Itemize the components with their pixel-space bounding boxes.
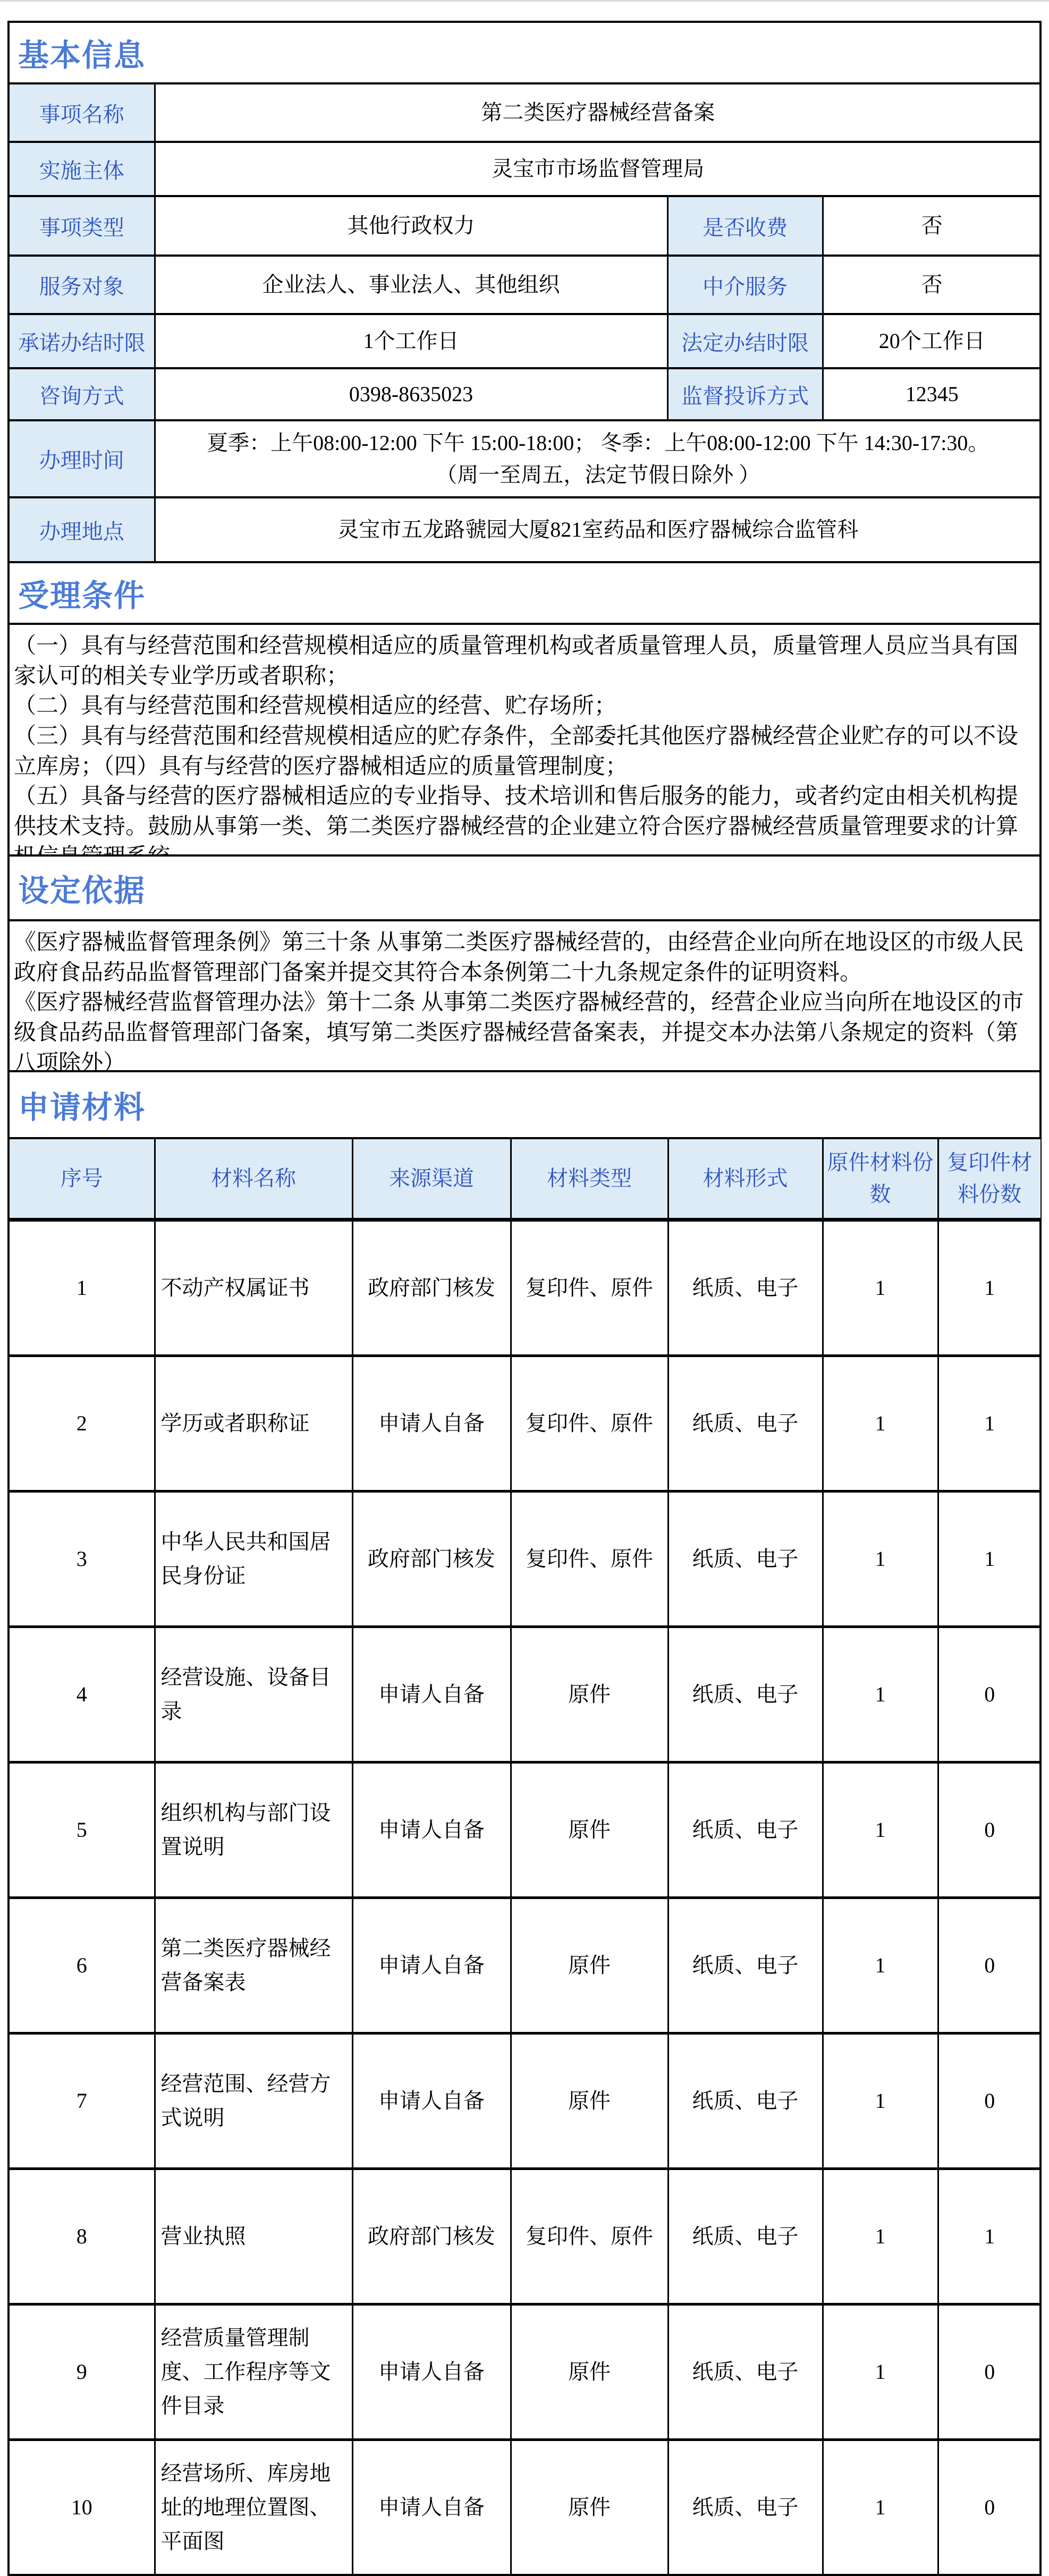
section-title-text: 受理条件 — [18, 571, 146, 615]
material-name: 经营质量管理制度、工作程序等文件目录 — [155, 2304, 352, 2440]
field-label: 中介服务 — [667, 256, 823, 314]
row-implementer: 实施主体 灵宝市市场监督管理局 — [10, 142, 1040, 196]
material-source: 政府部门核发 — [352, 2169, 511, 2304]
material-row-5: 5 组织机构与部门设置说明 申请人自备 原件 纸质、电子 1 0 — [10, 1762, 1040, 1898]
row-office-hours: 办理时间 夏季：上午08:00-12:00 下午 15:00-18:00； 冬季… — [10, 420, 1040, 497]
field-label: 事项类型 — [10, 196, 155, 256]
material-name: 经营设施、设备目录 — [155, 1627, 352, 1762]
material-seq: 7 — [10, 2033, 155, 2169]
material-form: 纸质、电子 — [668, 1627, 823, 1762]
field-value: 夏季：上午08:00-12:00 下午 15:00-18:00； 冬季：上午08… — [155, 420, 1040, 497]
field-value: 20个工作日 — [823, 314, 1040, 368]
material-copy-count: 0 — [938, 1898, 1040, 2033]
material-copy-count: 1 — [938, 1220, 1040, 1356]
material-original-count: 1 — [823, 1220, 938, 1356]
field-label: 咨询方式 — [10, 368, 155, 420]
material-copy-count: 0 — [938, 2304, 1040, 2440]
section-title-text: 申请材料 — [18, 1082, 146, 1127]
material-source: 申请人自备 — [352, 2033, 511, 2169]
material-form: 纸质、电子 — [668, 1356, 823, 1492]
material-name: 不动产权属证书 — [155, 1220, 352, 1356]
material-row-2: 2 学历或者职称证 申请人自备 复印件、原件 纸质、电子 1 1 — [10, 1356, 1040, 1492]
material-name: 经营场所、库房地址的地理位置图、平面图 — [155, 2440, 352, 2574]
material-seq: 9 — [10, 2304, 155, 2440]
row-consult-phone: 咨询方式 0398-8635023 监督投诉方式 12345 — [10, 368, 1040, 420]
col-header-copy-count: 复印件材料份数 — [938, 1139, 1040, 1220]
material-source: 政府部门核发 — [352, 1492, 511, 1627]
material-source: 申请人自备 — [352, 2440, 511, 2574]
row-item-type: 事项类型 其他行政权力 是否收费 否 — [10, 196, 1040, 256]
acceptance-conditions-text: （一）具有与经营范围和经营规模相适应的质量管理机构或者质量管理人员，质量管理人员… — [10, 625, 1039, 857]
material-form: 纸质、电子 — [668, 1898, 823, 2033]
material-seq: 3 — [10, 1492, 155, 1627]
material-source: 政府部门核发 — [352, 1220, 511, 1356]
field-value: 否 — [823, 196, 1040, 256]
material-original-count: 1 — [823, 1762, 938, 1898]
field-label: 事项名称 — [10, 84, 155, 142]
material-copy-count: 0 — [938, 1627, 1040, 1762]
material-copy-count: 1 — [938, 1356, 1040, 1492]
field-label: 法定办结时限 — [667, 314, 823, 368]
acceptance-paragraph-2: （二）具有与经营范围和经营规模相适应的经营、贮存场所； — [14, 691, 1034, 722]
material-type: 复印件、原件 — [511, 1492, 668, 1627]
field-value: 第二类医疗器械经营备案 — [155, 84, 1040, 142]
material-row-9: 9 经营质量管理制度、工作程序等文件目录 申请人自备 原件 纸质、电子 1 0 — [10, 2304, 1040, 2440]
material-copy-count: 0 — [938, 2440, 1040, 2574]
field-value: 1个工作日 — [155, 314, 667, 368]
materials-table: 序号 材料名称 来源渠道 材料类型 材料形式 原件材料份数 复印件材料份数 1 … — [10, 1139, 1040, 2574]
field-label: 办理地点 — [10, 497, 155, 562]
col-header-source: 来源渠道 — [352, 1139, 511, 1220]
material-name: 学历或者职称证 — [155, 1356, 352, 1492]
material-row-8: 8 营业执照 政府部门核发 复印件、原件 纸质、电子 1 1 — [10, 2169, 1040, 2304]
material-row-4: 4 经营设施、设备目录 申请人自备 原件 纸质、电子 1 0 — [10, 1627, 1040, 1762]
material-row-1: 1 不动产权属证书 政府部门核发 复印件、原件 纸质、电子 1 1 — [10, 1220, 1040, 1356]
field-label: 监督投诉方式 — [667, 368, 823, 420]
material-form: 纸质、电子 — [668, 2033, 823, 2169]
material-copy-count: 0 — [938, 1762, 1040, 1898]
material-source: 申请人自备 — [352, 1762, 511, 1898]
material-type: 复印件、原件 — [511, 1220, 668, 1356]
field-value: 否 — [823, 256, 1040, 314]
material-form: 纸质、电子 — [668, 2304, 823, 2440]
section-title-basic-info: 基本信息 — [10, 23, 1039, 84]
section-title-basis: 设定依据 — [10, 857, 1039, 921]
material-original-count: 1 — [823, 1627, 938, 1762]
material-seq: 1 — [10, 1220, 155, 1356]
material-row-3: 3 中华人民共和国居民身份证 政府部门核发 复印件、原件 纸质、电子 1 1 — [10, 1492, 1040, 1627]
field-label: 服务对象 — [10, 256, 155, 314]
field-value: 灵宝市五龙路虢园大厦821室药品和医疗器械综合监管科 — [155, 497, 1040, 562]
field-label: 是否收费 — [667, 196, 823, 256]
basic-info-table: 事项名称 第二类医疗器械经营备案 实施主体 灵宝市市场监督管理局 事项类型 其他… — [10, 84, 1040, 563]
field-value: 灵宝市市场监督管理局 — [155, 142, 1040, 196]
field-label: 承诺办结时限 — [10, 314, 155, 368]
service-info-sheet: 基本信息 事项名称 第二类医疗器械经营备案 实施主体 灵宝市市场监督管理局 事项… — [7, 21, 1042, 2576]
acceptance-paragraph-4: （五）具备与经营的医疗器械相适应的专业指导、技术培训和售后服务的能力，或者约定由… — [14, 782, 1034, 857]
material-name: 第二类医疗器械经营备案表 — [155, 1898, 352, 2033]
col-header-name: 材料名称 — [155, 1139, 352, 1220]
section-title-text: 基本信息 — [18, 30, 146, 75]
material-name: 营业执照 — [155, 2169, 352, 2304]
basis-paragraph-1: 《医疗器械监督管理条例》第三十条 从事第二类医疗器械经营的，由经营企业向所在地设… — [14, 928, 1034, 988]
material-form: 纸质、电子 — [668, 1220, 823, 1356]
material-type: 原件 — [511, 1627, 668, 1762]
material-source: 申请人自备 — [352, 1898, 511, 2033]
row-promised-time: 承诺办结时限 1个工作日 法定办结时限 20个工作日 — [10, 314, 1040, 368]
office-hours-line1: 夏季：上午08:00-12:00 下午 15:00-18:00； 冬季：上午08… — [156, 427, 1041, 459]
material-type: 原件 — [511, 2304, 668, 2440]
col-header-original-count: 原件材料份数 — [823, 1139, 938, 1220]
material-type: 原件 — [511, 2440, 668, 2574]
material-row-6: 6 第二类医疗器械经营备案表 申请人自备 原件 纸质、电子 1 0 — [10, 1898, 1040, 2033]
col-header-form: 材料形式 — [668, 1139, 823, 1220]
material-original-count: 1 — [823, 1356, 938, 1492]
basis-paragraph-2: 《医疗器械经营监督管理办法》第十二条 从事第二类医疗器械经营的，经营企业应当向所… — [14, 988, 1034, 1072]
office-hours-line2: （周一至周五，法定节假日除外 ） — [156, 459, 1041, 491]
material-original-count: 1 — [823, 1898, 938, 2033]
material-type: 复印件、原件 — [511, 2169, 668, 2304]
material-form: 纸质、电子 — [668, 1762, 823, 1898]
section-title-materials: 申请材料 — [10, 1072, 1039, 1139]
top-rule — [0, 0, 1049, 2]
material-seq: 4 — [10, 1627, 155, 1762]
material-source: 申请人自备 — [352, 1627, 511, 1762]
material-type: 原件 — [511, 1898, 668, 2033]
material-form: 纸质、电子 — [668, 2440, 823, 2574]
row-service-target: 服务对象 企业法人、事业法人、其他组织 中介服务 否 — [10, 256, 1040, 314]
material-name: 组织机构与部门设置说明 — [155, 1762, 352, 1898]
field-label: 办理时间 — [10, 420, 155, 497]
section-title-text: 设定依据 — [18, 866, 146, 910]
field-value: 其他行政权力 — [155, 196, 667, 256]
material-original-count: 1 — [823, 2169, 938, 2304]
field-value: 企业法人、事业法人、其他组织 — [155, 256, 667, 314]
material-original-count: 1 — [823, 2304, 938, 2440]
material-source: 申请人自备 — [352, 1356, 511, 1492]
material-seq: 6 — [10, 1898, 155, 2033]
material-form: 纸质、电子 — [668, 2169, 823, 2304]
material-type: 原件 — [511, 1762, 668, 1898]
material-name: 中华人民共和国居民身份证 — [155, 1492, 352, 1627]
legal-basis-text: 《医疗器械监督管理条例》第三十条 从事第二类医疗器械经营的，由经营企业向所在地设… — [10, 921, 1039, 1072]
material-row-10: 10 经营场所、库房地址的地理位置图、平面图 申请人自备 原件 纸质、电子 1 … — [10, 2440, 1040, 2574]
material-copy-count: 0 — [938, 2033, 1040, 2169]
material-original-count: 1 — [823, 2033, 938, 2169]
section-title-acceptance: 受理条件 — [10, 563, 1039, 625]
col-header-seq: 序号 — [10, 1139, 155, 1220]
material-copy-count: 1 — [938, 2169, 1040, 2304]
material-type: 原件 — [511, 2033, 668, 2169]
field-value: 12345 — [823, 368, 1040, 420]
material-seq: 2 — [10, 1356, 155, 1492]
col-header-type: 材料类型 — [511, 1139, 668, 1220]
material-seq: 10 — [10, 2440, 155, 2574]
material-original-count: 1 — [823, 2440, 938, 2574]
materials-header-row: 序号 材料名称 来源渠道 材料类型 材料形式 原件材料份数 复印件材料份数 — [10, 1139, 1040, 1220]
material-source: 申请人自备 — [352, 2304, 511, 2440]
material-copy-count: 1 — [938, 1492, 1040, 1627]
material-seq: 8 — [10, 2169, 155, 2304]
material-row-7: 7 经营范围、经营方式说明 申请人自备 原件 纸质、电子 1 0 — [10, 2033, 1040, 2169]
material-original-count: 1 — [823, 1492, 938, 1627]
material-seq: 5 — [10, 1762, 155, 1898]
acceptance-paragraph-3: （三）具有与经营范围和经营规模相适应的贮存条件，全部委托其他医疗器械经营企业贮存… — [14, 722, 1034, 782]
field-value: 0398-8635023 — [155, 368, 667, 420]
material-form: 纸质、电子 — [668, 1492, 823, 1627]
material-type: 复印件、原件 — [511, 1356, 668, 1492]
row-item-name: 事项名称 第二类医疗器械经营备案 — [10, 84, 1040, 142]
row-office-location: 办理地点 灵宝市五龙路虢园大厦821室药品和医疗器械综合监管科 — [10, 497, 1040, 562]
material-name: 经营范围、经营方式说明 — [155, 2033, 352, 2169]
acceptance-paragraph-1: （一）具有与经营范围和经营规模相适应的质量管理机构或者质量管理人员，质量管理人员… — [14, 631, 1034, 691]
field-label: 实施主体 — [10, 142, 155, 196]
